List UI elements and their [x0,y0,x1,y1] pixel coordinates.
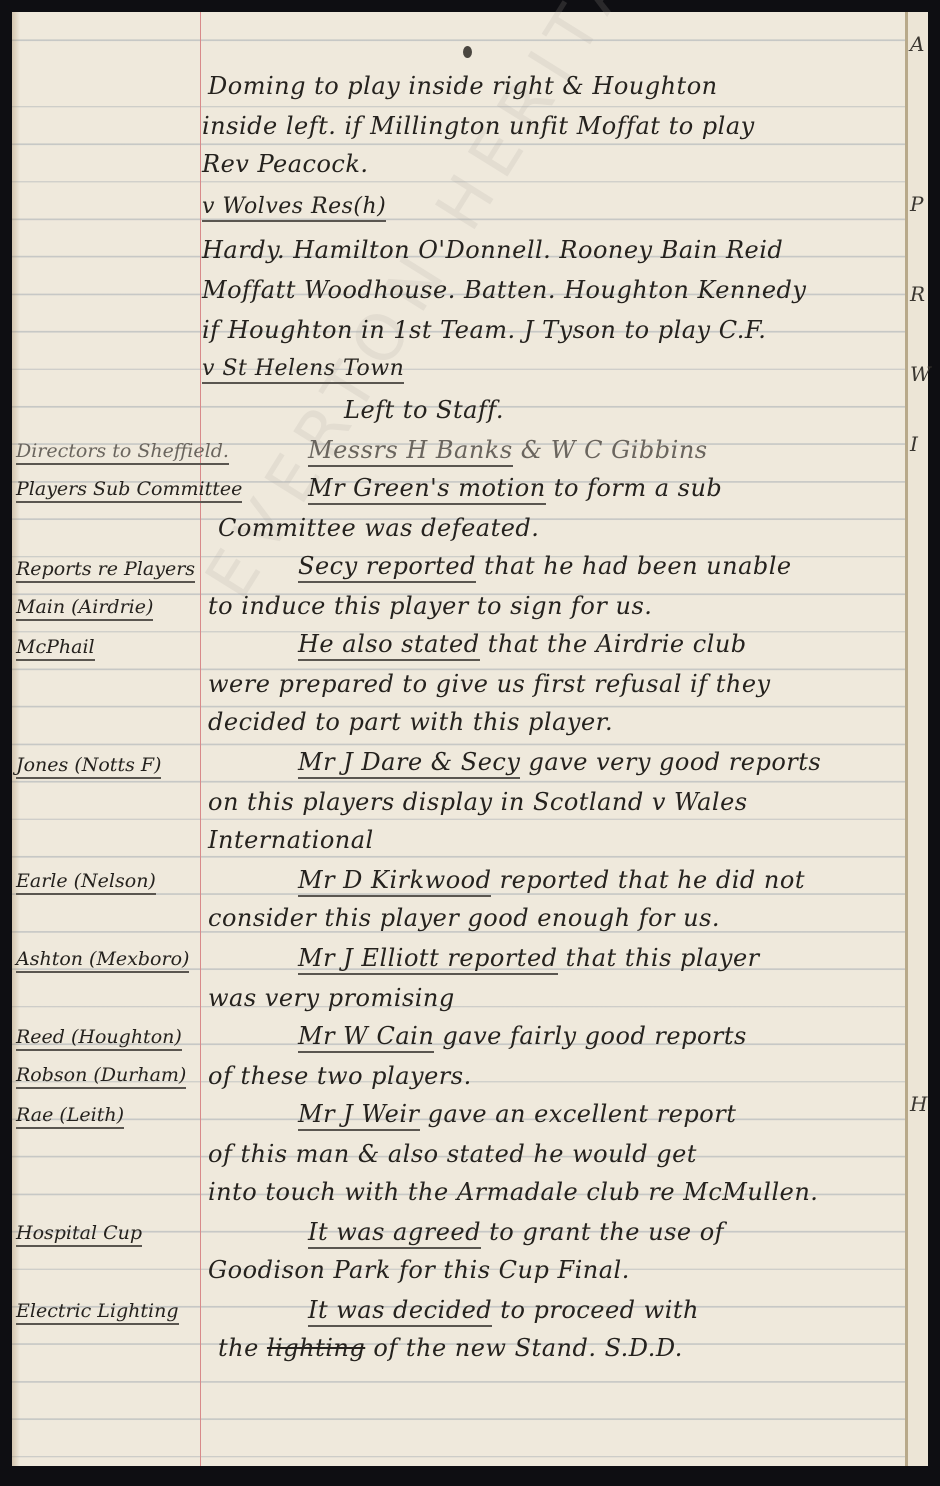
red-margin-line [200,12,201,1466]
text-line: Mr J Elliott reported that this player [298,944,760,972]
underlined-phrase: Mr Green's motion [308,474,546,505]
text-line: Doming to play inside right & Houghton [208,72,718,100]
text-line: Mr J Weir gave an excellent report [298,1100,736,1128]
margin-heading: Hospital Cup [16,1222,142,1247]
text-line: were prepared to give us first refusal i… [208,670,771,698]
underlined-phrase: Mr J Elliott reported [298,944,558,975]
margin-heading: Electric Lighting [16,1300,179,1325]
initials: S.D.D. [605,1334,683,1362]
underlined-phrase: He also stated [298,630,480,661]
text-line: decided to part with this player. [208,708,613,736]
text-line: Mr D Kirkwood reported that he did not [298,866,805,894]
text-line: Mr J Dare & Secy gave very good reports [298,748,821,776]
underlined-phrase: Mr D Kirkwood [298,866,491,897]
text-line: Mr Green's motion to form a sub [308,474,722,502]
text-line: It was decided to proceed with [308,1296,699,1324]
text-line: He also stated that the Airdrie club [298,630,747,658]
text-line: Mr W Cain gave fairly good reports [298,1022,747,1050]
text-line: Rev Peacock. [202,150,369,178]
text-line: to induce this player to sign for us. [208,592,652,620]
ledger-page: EVERTON HERITAGE TRUST Doming to play in… [12,12,905,1466]
text-line: Goodison Park for this Cup Final. [208,1256,630,1284]
underlined-phrase: It was agreed [308,1218,481,1249]
team-line: Moffatt Woodhouse. Batten. Houghton Kenn… [202,276,806,304]
margin-heading: McPhail [16,636,95,661]
adjacent-page-edge: A P R W I H [908,12,928,1466]
text-line: of these two players. [208,1062,472,1090]
text-line: the lighting of the new Stand. S.D.D. [218,1334,683,1362]
underlined-phrase: Secy reported [298,552,476,583]
margin-heading: Directors to Sheffield. [16,440,229,465]
text-line: It was agreed to grant the use of [308,1218,724,1246]
margin-heading: Robson (Durham) [16,1064,186,1089]
ink-blot [463,46,472,58]
text-line: Left to Staff. [344,396,504,424]
text-line: into touch with the Armadale club re McM… [208,1178,818,1206]
margin-heading: Rae (Leith) [16,1104,124,1129]
text-line: was very promising [208,984,455,1012]
text-line: Messrs H Banks & W C Gibbins [308,436,708,464]
text-line: of this man & also stated he would get [208,1140,697,1168]
margin-heading: Reports re Players [16,558,195,583]
margin-heading: Reed (Houghton) [16,1026,182,1051]
text-line: Committee was defeated. [218,514,539,542]
struck-word: lighting [267,1334,365,1362]
underlined-phrase: Mr J Dare & Secy [298,748,520,779]
margin-heading: Earle (Nelson) [16,870,156,895]
underlined-phrase: Mr J Weir [298,1100,420,1131]
fixture-heading: v Wolves Res(h) [202,194,386,222]
underlined-phrase: Mr W Cain [298,1022,434,1053]
underlined-phrase: It was decided [308,1296,492,1327]
text-line: International [208,826,374,854]
text-line: inside left. if Millington unfit Moffat … [202,112,755,140]
margin-heading: Ashton (Mexboro) [16,948,189,973]
margin-heading: Jones (Notts F) [16,754,161,779]
fixture-heading: v St Helens Town [202,356,404,384]
text-line: on this players display in Scotland v Wa… [208,788,748,816]
margin-heading: Main (Airdrie) [16,596,153,621]
text-line: if Houghton in 1st Team. J Tyson to play… [202,316,766,344]
underlined-phrase: Messrs H Banks [308,436,513,467]
team-line: Hardy. Hamilton O'Donnell. Rooney Bain R… [202,236,783,264]
margin-heading: Players Sub Committee [16,478,242,503]
text-line: consider this player good enough for us. [208,904,720,932]
text-line: Secy reported that he had been unable [298,552,792,580]
